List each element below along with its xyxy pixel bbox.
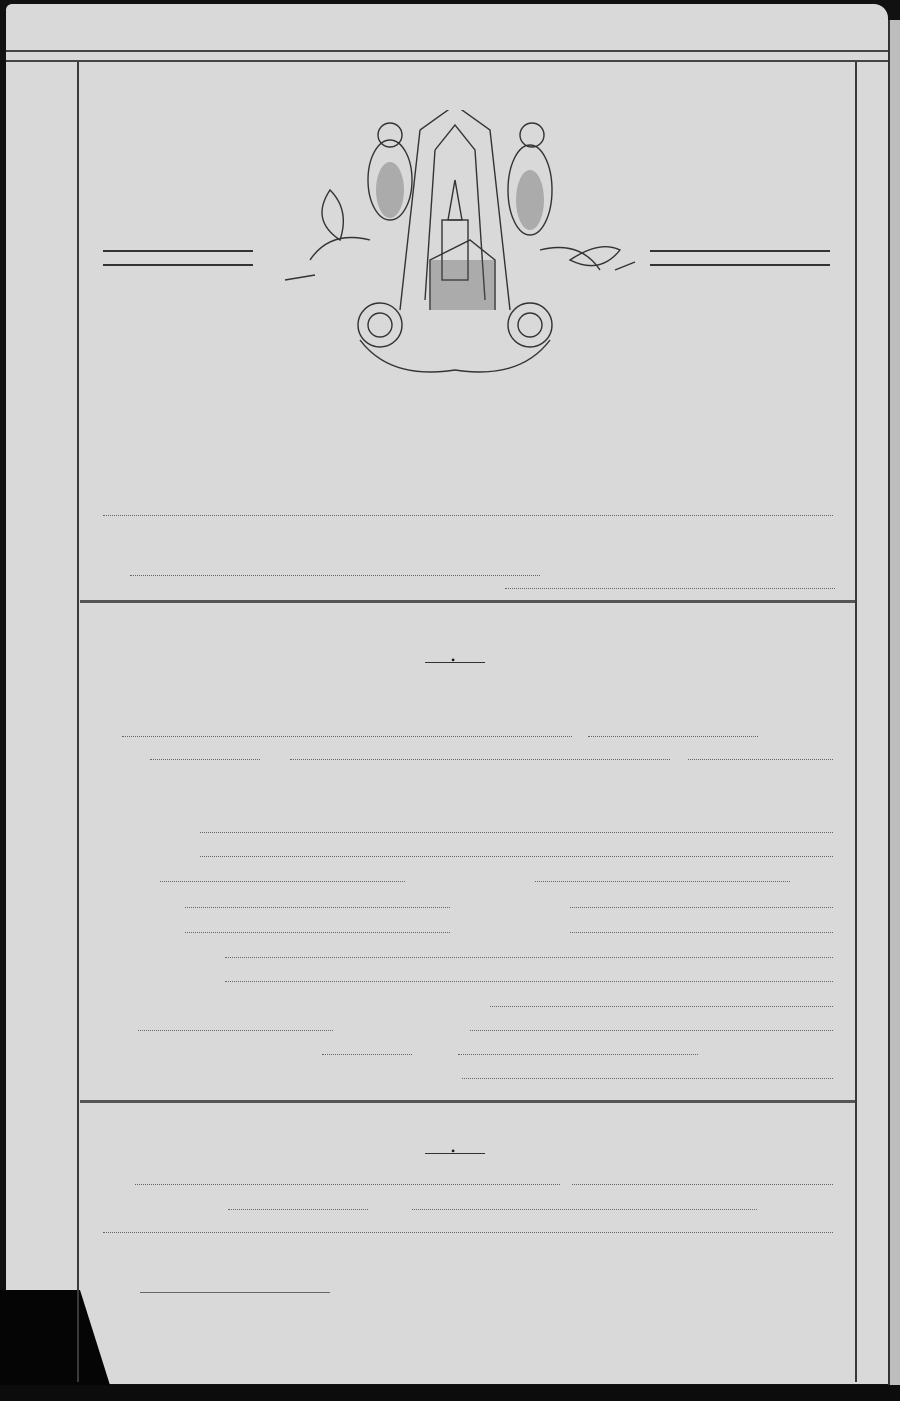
- names-line: [103, 515, 833, 516]
- his-residence-line: [225, 957, 833, 958]
- county-label: [650, 250, 830, 266]
- minister-name-line: [135, 1184, 560, 1185]
- he-born-county-line: [185, 907, 450, 908]
- minister-day-line: [228, 1209, 368, 1210]
- ornament-divider-2: [425, 1153, 485, 1154]
- section-divider: [80, 600, 855, 603]
- authorization-text-line1: [103, 411, 833, 437]
- cert-clerk-signature-line: [462, 1078, 833, 1079]
- his-age-line: [160, 881, 405, 882]
- minister-month-line: [412, 1209, 757, 1210]
- scan-shadow-bottom: [0, 1385, 900, 1401]
- she-born-county-line: [185, 932, 450, 933]
- he-born-state-line: [570, 907, 833, 908]
- section-divider-2: [80, 1100, 855, 1103]
- miss-county-line: [688, 759, 833, 760]
- informant-name-line: [490, 1006, 833, 1007]
- page-edge: [888, 20, 900, 1401]
- state-label: [103, 250, 253, 266]
- right-margin-line: [855, 62, 857, 1382]
- left-margin-line: [77, 62, 79, 1382]
- her-residence-line: [225, 981, 833, 982]
- witness-line-1: [140, 1292, 330, 1293]
- informant-state-line: [470, 1030, 833, 1031]
- cherubs-church-emblem-icon: [270, 110, 640, 375]
- miss-line: [290, 759, 670, 760]
- his-full-name-line: [200, 832, 833, 833]
- mr-county-line: [588, 736, 758, 737]
- minister-title-line: [572, 1184, 833, 1185]
- her-age-line: [535, 881, 790, 882]
- cert-month-line: [458, 1054, 698, 1055]
- top-rule: [6, 60, 888, 62]
- ornament-divider: [425, 662, 485, 663]
- top-rule: [6, 50, 888, 52]
- date-line: [130, 575, 540, 576]
- clerk-signature-line: [505, 588, 835, 589]
- she-born-state-line: [570, 932, 833, 933]
- informant-label: [103, 992, 118, 1010]
- her-full-name-line: [200, 856, 833, 857]
- mr-state-line: [150, 759, 260, 760]
- place-line: [103, 1232, 833, 1233]
- cert-day-line: [322, 1054, 412, 1055]
- informant-county-line: [138, 1030, 333, 1031]
- mr-line: [122, 736, 572, 737]
